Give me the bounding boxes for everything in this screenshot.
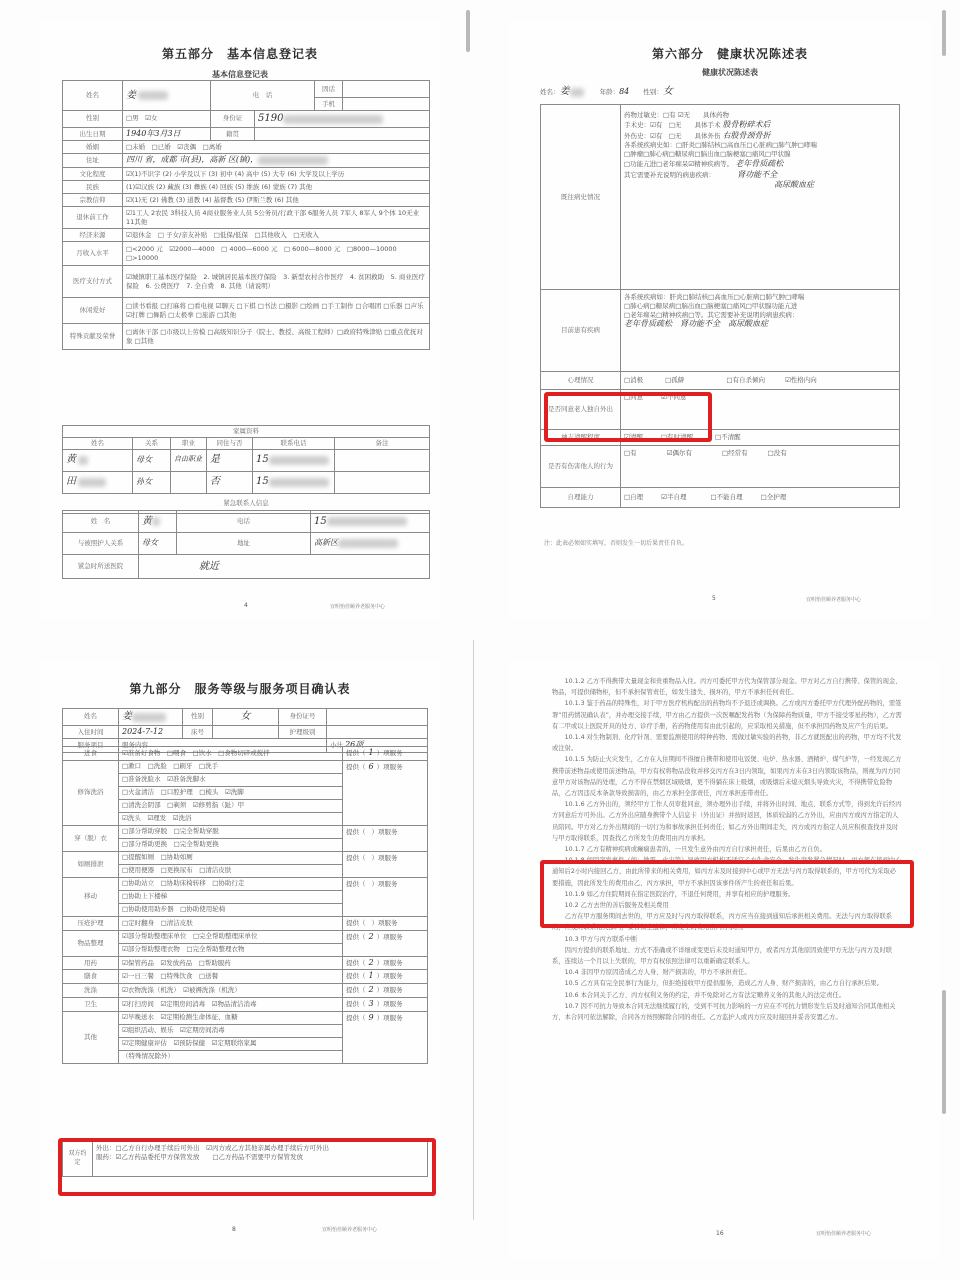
page-number: 16: [716, 1230, 724, 1237]
gender-value: 女: [213, 709, 279, 726]
birth-label: 出生日期: [63, 127, 123, 141]
contract-paragraph: 10.7 因不可抗力导致本合同无法继续履行的，受到不可抗力影响的一方应在不可抗力…: [552, 1001, 902, 1023]
selfcare-options: □自理☑半自理□不能自理□全护理: [621, 488, 900, 508]
form-note: 注：此表必须如实填写，否则发生一切后果责任自负。: [544, 538, 688, 547]
service-option-line: ☑组织活动、娱乐 ☑定期房间消毒: [119, 1024, 343, 1037]
service-option-line: ☑部分帮助整理衣物 □完全帮助整理衣物: [119, 943, 343, 956]
family-header-remark: 备注: [335, 437, 430, 449]
service-count: 提供（）项服务: [343, 825, 428, 851]
page-number: 8: [232, 1226, 236, 1233]
service-items-table: 进食☑准备好食物 □喂食 □饮水 □食物切碎或搅拌提供（1）项服务修饰洗浴□漱口…: [62, 746, 428, 1064]
family-header-job: 职业: [171, 437, 207, 449]
gender-options: □男 ☑女: [123, 111, 211, 128]
table-row: 物品整理☑部分帮助整理床单位 □完全帮助整理床单位提供（2）项服务: [63, 930, 428, 943]
service-option-line: □使用便器 □更换尿布 □清洁皮肤: [119, 864, 343, 877]
service-option-line: （特殊情况除外）: [119, 1050, 343, 1063]
service-category: 穿（脱）衣: [63, 825, 119, 851]
emergency-relation-label: 与被照护人关系: [63, 533, 139, 555]
service-option-line: ☑部分帮助整理床单位 □完全帮助整理床单位: [119, 930, 343, 943]
service-category: 修饰洗浴: [63, 760, 119, 825]
page-edge-marker: [466, 10, 470, 52]
page-title: 第九部分 服务等级与服务项目确认表: [40, 680, 440, 697]
service-category: 移动: [63, 877, 119, 916]
service-count: 提供（2）项服务: [343, 930, 428, 956]
contract-paragraph: 10.1.4 对生物制剂、化疗针剂、需要监测使用的特种药物、需做过敏实验的药物，…: [552, 732, 902, 754]
service-category: 压疮护理: [63, 916, 119, 930]
gender-label: 性别: [183, 709, 213, 726]
contract-paragraph: 10.1.7 乙方有精神疾病或癫痫患者的，一旦发生意外由丙方自行承担责任，后果由…: [552, 844, 902, 855]
hobby-options: □读书看报 □打麻将 □看电视 ☑聊天 □下棋 □书法 □摄影 □绘画 □手工制…: [123, 298, 430, 324]
occupation-options: ☑1工人 2农民 3科技人员 4商业服务业人员 5公务员/行政干部 6服务人员 …: [123, 207, 430, 229]
service-option-line: ☑定期健康评估 ☑预防保健 ☑定期联络家属: [119, 1037, 343, 1050]
income-options: □<2000 元 ☑2000—4000 □ 4000—6000 元 □ 6000…: [123, 242, 430, 266]
page-footer: 宜明怡佳颐养老服务中心: [806, 596, 861, 603]
service-count: 提供（1）项服务: [343, 970, 428, 984]
address-value: 四川 省，成都 市(县)，高新 区(镇)，: [123, 154, 430, 168]
emergency-phone-label: 电话: [177, 511, 311, 533]
landline-label: 固话: [315, 81, 343, 98]
service-category: 进食: [63, 747, 119, 761]
table-row: 压疮护理□定时翻身 □清洁皮肤提供（）项服务: [63, 916, 428, 930]
harm-label: 是否有伤害他人的行为: [541, 446, 621, 488]
service-option-line: ☑早晚送水 ☑定期检测生命体征、血糖: [119, 1011, 343, 1024]
page-divider: [473, 640, 474, 1220]
marital-options: □未婚 □已婚 ☑丧偶 □离婚: [123, 141, 430, 154]
hobby-label: 休闲爱好: [63, 298, 123, 324]
page-footer: 宜明怡佳颐养老服务中心: [330, 603, 385, 610]
current-disease-label: 目前患有疾病: [541, 290, 621, 372]
table-row: 田 孙女 否 15: [63, 471, 430, 493]
care-level-label: 护理级别: [279, 725, 327, 739]
id-value: 5190: [255, 111, 430, 128]
service-option-line: □火盆清洁 □口腔护理 □梳头 ☑洗脚: [119, 786, 343, 799]
service-category: 物品整理: [63, 930, 119, 956]
page-title: 第六部分 健康状况陈述表: [530, 45, 930, 62]
birth-value: 1940年3月3日: [123, 127, 211, 141]
economy-options: ☑退休金 □ 子女/亲友补贴 □低保/低保 □其他收入 □无收入: [123, 229, 430, 242]
table-row: 其他☑早晚送水 ☑定期检测生命体征、血糖提供（9）项服务: [63, 1011, 428, 1024]
service-category: 其他: [63, 1011, 119, 1063]
name-label: 姓名: [63, 709, 119, 726]
service-option-line: ☑打扫房间 ☑定期房间消毒 ☑物品清洁消毒: [119, 997, 343, 1011]
table-row: 进食☑准备好食物 □喂食 □饮水 □食物切碎或搅拌提供（1）项服务: [63, 747, 428, 761]
service-option-line: □协助站立 □协助床椅转移 □协助行走: [119, 877, 343, 890]
mobile-value: [343, 98, 430, 111]
highlight-outing-clause: [540, 860, 914, 928]
selfcare-label: 自理能力: [541, 488, 621, 508]
family-section-title: 家属资料: [63, 426, 430, 438]
special-label: 特殊贡献及荣誉: [63, 324, 123, 350]
page-contract-terms: 10.1.2 乙方不得携带大量现金和贵重物品入住。丙方可委托甲方代为保管部分现金…: [510, 660, 940, 1260]
service-count: 提供（1）项服务: [343, 747, 428, 761]
table-row: 洗涤☑衣物洗涤（机洗） ☑被褥洗涤（机洗）提供（2）项服务: [63, 984, 428, 998]
service-option-line: ☑一日三餐 □特殊饮食 □送餐: [119, 970, 343, 984]
page-footer: 宜明怡佳颐养老服务中心: [322, 1226, 377, 1233]
ethnicity-options: (1)☑汉族 (2) 藏族 (3) 彝族 (4) 回族 (5) 维族 (6) 蒙…: [123, 181, 430, 194]
page-footer: 宜明怡佳颐养老服务中心: [816, 1230, 871, 1237]
service-option-line: ☑洗头 ☑理发 ☑洗浴: [119, 812, 343, 825]
contract-paragraph: 10.1.2 乙方不得携带大量现金和贵重物品入住。丙方可委托甲方代为保管部分现金…: [552, 676, 902, 698]
contract-paragraph: 10.1.6 乙方外出的，须经甲方工作人员审批同意，须办理外出手续，并将外出时间…: [552, 799, 902, 844]
service-category: 洗涤: [63, 984, 119, 998]
service-count: 提供（9）项服务: [343, 1011, 428, 1063]
service-option-line: □准备洗脸水 ☑准备洗脚水: [119, 773, 343, 786]
special-options: □离休干部 □市级以上劳模 □高级知识分子（院士、教授、高级工程师）□政府特殊津…: [123, 324, 430, 350]
family-header-relation: 关系: [133, 437, 171, 449]
page-health-status: 第六部分 健康状况陈述表 健康状况陈述表 姓名：姜 年龄：84 性别：女 既往病…: [510, 20, 930, 620]
origin-label: 籍贯: [211, 127, 255, 141]
page-title: 第五部分 基本信息登记表: [40, 45, 440, 62]
medical-options: ☑城镇职工基本医疗保险 2. 城镇居民基本医疗保险 3. 新型农村合作医疗 4.…: [123, 266, 430, 298]
history-content: 药物过敏史：□有 ☑无 具体药物 手术史：☑有 □无 具体手术 股骨粉碎术后 外…: [621, 105, 900, 290]
checkin-label: 入住时间: [63, 725, 119, 739]
table-row: 用药☑保管药品 ☑发放药品 □帮助服药提供（2）项服务: [63, 956, 428, 970]
checkin-value: 2024-7-12: [119, 725, 183, 739]
service-option-line: ☑保管药品 ☑发放药品 □帮助服药: [119, 956, 343, 970]
table-row: 膳食☑一日三餐 □特殊饮食 □送餐提供（1）项服务: [63, 970, 428, 984]
page-subtitle: 基本信息登记表: [40, 69, 440, 80]
table-row: 修饰洗浴□漱口 □洗脸 □刷牙 □洗手提供（6）项服务: [63, 760, 428, 773]
economy-label: 经济来源: [63, 229, 123, 242]
emergency-hospital-label: 紧急时所送医院: [63, 555, 139, 579]
service-option-line: □提醒如厕 □协助如厕: [119, 851, 343, 864]
income-label: 月收入水平: [63, 242, 123, 266]
religion-options: ☑(1)无 (2) 佛教 (3) 道教 (4) 基督教 (5) 伊斯兰教 (6)…: [123, 194, 430, 207]
service-category: 膳食: [63, 970, 119, 984]
contract-paragraph: 10.4 非因甲方原因造成乙方人身、财产损害的，甲方不承担责任。: [552, 967, 902, 978]
service-option-line: □协助上下楼梯: [119, 890, 343, 903]
contract-paragraph: 10.6 本合同关于乙方、丙方权利义务的约定，并不免除对乙方有法定赡养义务的其他…: [552, 990, 902, 1001]
emergency-hospital-value: 就近: [139, 555, 430, 579]
service-count: 提供（6）项服务: [343, 760, 428, 825]
family-header-name: 姓名: [63, 437, 133, 449]
table-row: 穿（脱）衣□部分帮助穿脱 □完全帮助穿脱提供（）项服务: [63, 825, 428, 838]
patient-header: 姓名：姜 年龄：84 性别：女: [540, 82, 673, 97]
service-option-line: ☑衣物洗涤（机洗） ☑被褥洗涤（机洗）: [119, 984, 343, 998]
religion-label: 宗教信仰: [63, 194, 123, 207]
education-options: ☑(1)不识字 (2) 小学及以下 (3) 初中 (4) 高中 (5) 大专 (…: [123, 168, 430, 181]
contract-paragraph: 10.1.5 为防止火灾发生，乙方在入住期间不得擅自携带和使用电饭煲、电炉、热水…: [552, 754, 902, 799]
service-option-line: ☑准备好食物 □喂食 □饮水 □食物切碎或搅拌: [119, 747, 343, 761]
service-count: 提供（2）项服务: [343, 984, 428, 998]
service-count: 提供（）项服务: [343, 916, 428, 930]
mental-options: □消极□孤僻□有自杀倾向☑性格内向: [621, 372, 900, 390]
service-category: 卫生: [63, 997, 119, 1011]
emergency-name-label: 姓 名: [63, 511, 139, 533]
emergency-table: 姓 名 黄 电话 15 与被照护人关系 母女 地址 高新区 紧急时所送医院 就近: [62, 510, 430, 579]
service-option-line: □协助使用助步器 □协助使用轮椅: [119, 903, 343, 916]
page-basic-info: 第五部分 基本信息登记表 基本信息登记表 姓名 姜 电 话 固话 手机 性别 □…: [40, 20, 440, 620]
basic-info-table: 姓名 姜 电 话 固话 手机 性别 □男 ☑女 身份证 5190 出生日期 19…: [62, 80, 430, 350]
bed-label: 床号: [183, 725, 213, 739]
service-category: 用药: [63, 956, 119, 970]
highlight-goout-consent: [544, 392, 712, 442]
marital-label: 婚姻: [63, 141, 123, 154]
contract-paragraph: 因丙方提供的联系地址、方式不准确或不详细或变更后未及时通知甲方，或者丙方其他原因…: [552, 945, 902, 967]
landline-value: [343, 81, 430, 98]
harm-options: □有☑偶尔有□经常有□没有: [621, 446, 900, 488]
page-edge-marker: [942, 10, 946, 56]
page-number: 5: [712, 595, 716, 602]
service-count: 提供（3）项服务: [343, 997, 428, 1011]
service-count: 提供（）项服务: [343, 851, 428, 877]
mobile-label: 手机: [315, 98, 343, 111]
mental-label: 心理情况: [541, 372, 621, 390]
table-row: 卫生☑打扫房间 ☑定期房间消毒 ☑物品清洁消毒提供（3）项服务: [63, 997, 428, 1011]
emergency-address-label: 地址: [177, 533, 311, 555]
table-row: 黄 母女 自由职业 是 15: [63, 449, 430, 471]
id-label: 身份证号: [279, 709, 327, 726]
service-option-line: □部分帮助更换 □完全帮助更换: [119, 838, 343, 851]
page-number: 4: [244, 602, 248, 609]
family-header-live: 同住与否: [207, 437, 253, 449]
page-edge-marker: [942, 990, 946, 1114]
service-option-line: □清洗会阴部 □剃须 ☑修剪指（趾）甲: [119, 799, 343, 812]
current-disease-content: 各系统疾病如：肝炎□肺结核□高血压□心脏病□肺气肿□哮喘 □肺心病□糖尿病□脑出…: [621, 290, 900, 372]
table-row: 如厕排泄□提醒如厕 □协助如厕提供（）项服务: [63, 851, 428, 864]
family-header-phone: 联系电话: [253, 437, 335, 449]
education-label: 文化程度: [63, 168, 123, 181]
health-table: 既往病史情况 药物过敏史：□有 ☑无 具体药物 手术史：☑有 □无 具体手术 股…: [540, 104, 900, 508]
medical-label: 医疗支付方式: [63, 266, 123, 298]
contract-text: 10.1.2 乙方不得携带大量现金和贵重物品入住。丙方可委托甲方代为保管部分现金…: [552, 676, 902, 1023]
ethnicity-label: 民族: [63, 181, 123, 194]
service-category: 如厕排泄: [63, 851, 119, 877]
service-option-line: □漱口 □洗脸 □刷牙 □洗手: [119, 760, 343, 773]
page-subtitle: 健康状况陈述表: [530, 67, 930, 78]
gender-label: 性别: [63, 111, 123, 128]
contract-paragraph: 10.3 甲方与丙方联系中断: [552, 934, 902, 945]
service-count: 提供（）项服务: [343, 877, 428, 916]
occupation-label: 退休前工作: [63, 207, 123, 229]
family-table: 家属资料 姓名 关系 职业 同住与否 联系电话 备注 黄 母女 自由职业 是 1…: [62, 425, 430, 514]
contract-paragraph: 10.1.3 鉴于药品的特殊性，对于甲方医疗机构配出的药物均不予退还或调换。乙方…: [552, 698, 902, 732]
service-count: 提供（2）项服务: [343, 956, 428, 970]
address-label: 住址: [63, 154, 123, 168]
contract-paragraph: 10.5 乙方具有完全民事行为能力，但拒绝接收甲方提供服务，造成乙方人身、财产损…: [552, 978, 902, 989]
service-option-line: □部分帮助穿脱 □完全帮助穿脱: [119, 825, 343, 838]
service-option-line: □定时翻身 □清洁皮肤: [119, 916, 343, 930]
name-value: 姜: [123, 81, 211, 111]
highlight-agreement: [58, 1138, 436, 1196]
table-row: 移动□协助站立 □协助床椅转移 □协助行走提供（）项服务: [63, 877, 428, 890]
phone-label: 电 话: [211, 81, 315, 111]
name-label: 姓名: [63, 81, 123, 111]
history-label: 既往病史情况: [541, 105, 621, 290]
origin-value: [255, 127, 430, 141]
id-label: 身份证: [211, 111, 255, 128]
